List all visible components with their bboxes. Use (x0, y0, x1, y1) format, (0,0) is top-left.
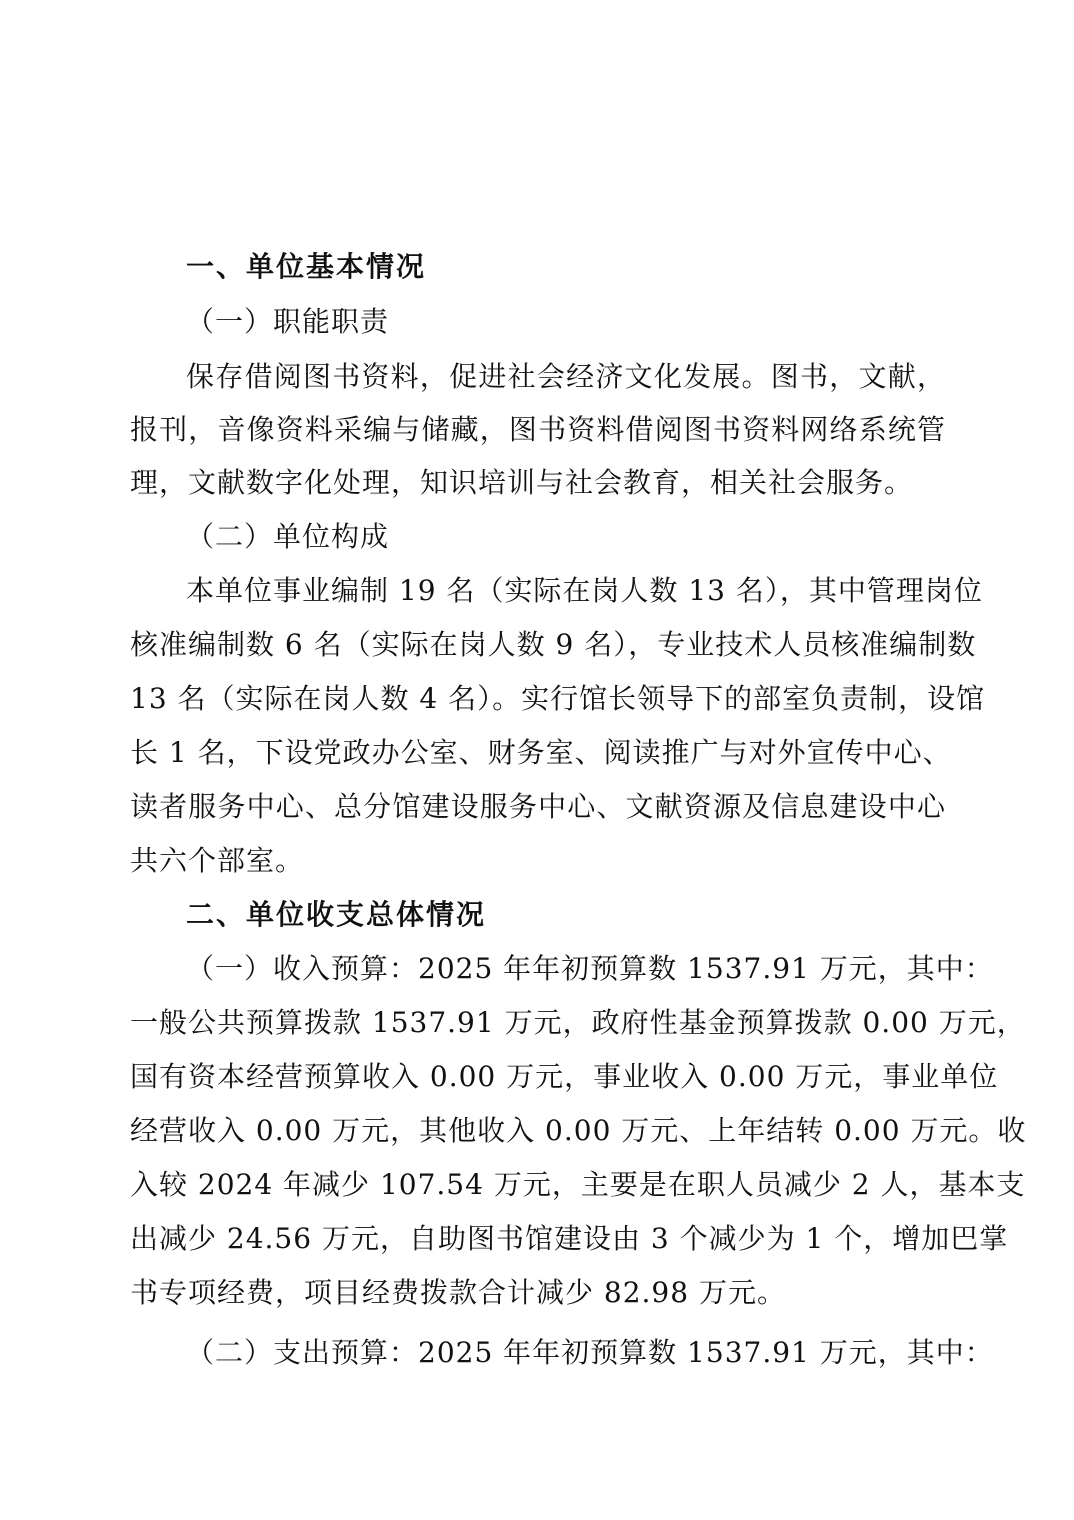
paragraph-line: （一）收入预算：2025 年年初预算数 1537.91 万元，其中： (186, 942, 946, 996)
subsection-1-2-heading: （二）单位构成 (186, 510, 389, 564)
paragraph-line: 长 1 名，下设党政办公室、财务室、阅读推广与对外宣传中心、 (130, 726, 946, 780)
paragraph-line: 一般公共预算拨款 1537.91 万元，政府性基金预算拨款 0.00 万元， (130, 996, 946, 1050)
subsection-1-1-heading: （一）职能职责 (186, 295, 389, 349)
paragraph-line: 国有资本经营预算收入 0.00 万元，事业收入 0.00 万元，事业单位 (130, 1050, 946, 1104)
paragraph-line: 出减少 24.56 万元，自助图书馆建设由 3 个减少为 1 个，增加巴掌 (130, 1212, 946, 1266)
section-2-heading: 二、单位收支总体情况 (186, 888, 486, 942)
paragraph-line: 保存借阅图书资料，促进社会经济文化发展。图书，文献， (186, 350, 946, 404)
paragraph-line: 经营收入 0.00 万元，其他收入 0.00 万元、上年结转 0.00 万元。收 (130, 1104, 946, 1158)
paragraph-line: 理，文献数字化处理，知识培训与社会教育，相关社会服务。 (130, 456, 913, 510)
paragraph-line: 本单位事业编制 19 名（实际在岗人数 13 名），其中管理岗位 (186, 564, 946, 618)
paragraph-line: 共六个部室。 (130, 834, 304, 888)
section-1-heading: 一、单位基本情况 (186, 240, 426, 294)
paragraph-line: 核准编制数 6 名（实际在岗人数 9 名），专业技术人员核准编制数 (130, 618, 946, 672)
paragraph-line: （二）支出预算：2025 年年初预算数 1537.91 万元，其中： (186, 1326, 946, 1380)
paragraph-line: 读者服务中心、总分馆建设服务中心、文献资源及信息建设中心 (130, 780, 946, 834)
paragraph-line: 报刊，音像资料采编与储藏，图书资料借阅图书资料网络系统管 (130, 403, 946, 457)
paragraph-line: 13 名（实际在岗人数 4 名）。实行馆长领导下的部室负责制，设馆 (130, 672, 946, 726)
paragraph-line: 入较 2024 年减少 107.54 万元，主要是在职人员减少 2 人，基本支 (130, 1158, 946, 1212)
paragraph-line: 书专项经费，项目经费拨款合计减少 82.98 万元。 (130, 1266, 786, 1320)
